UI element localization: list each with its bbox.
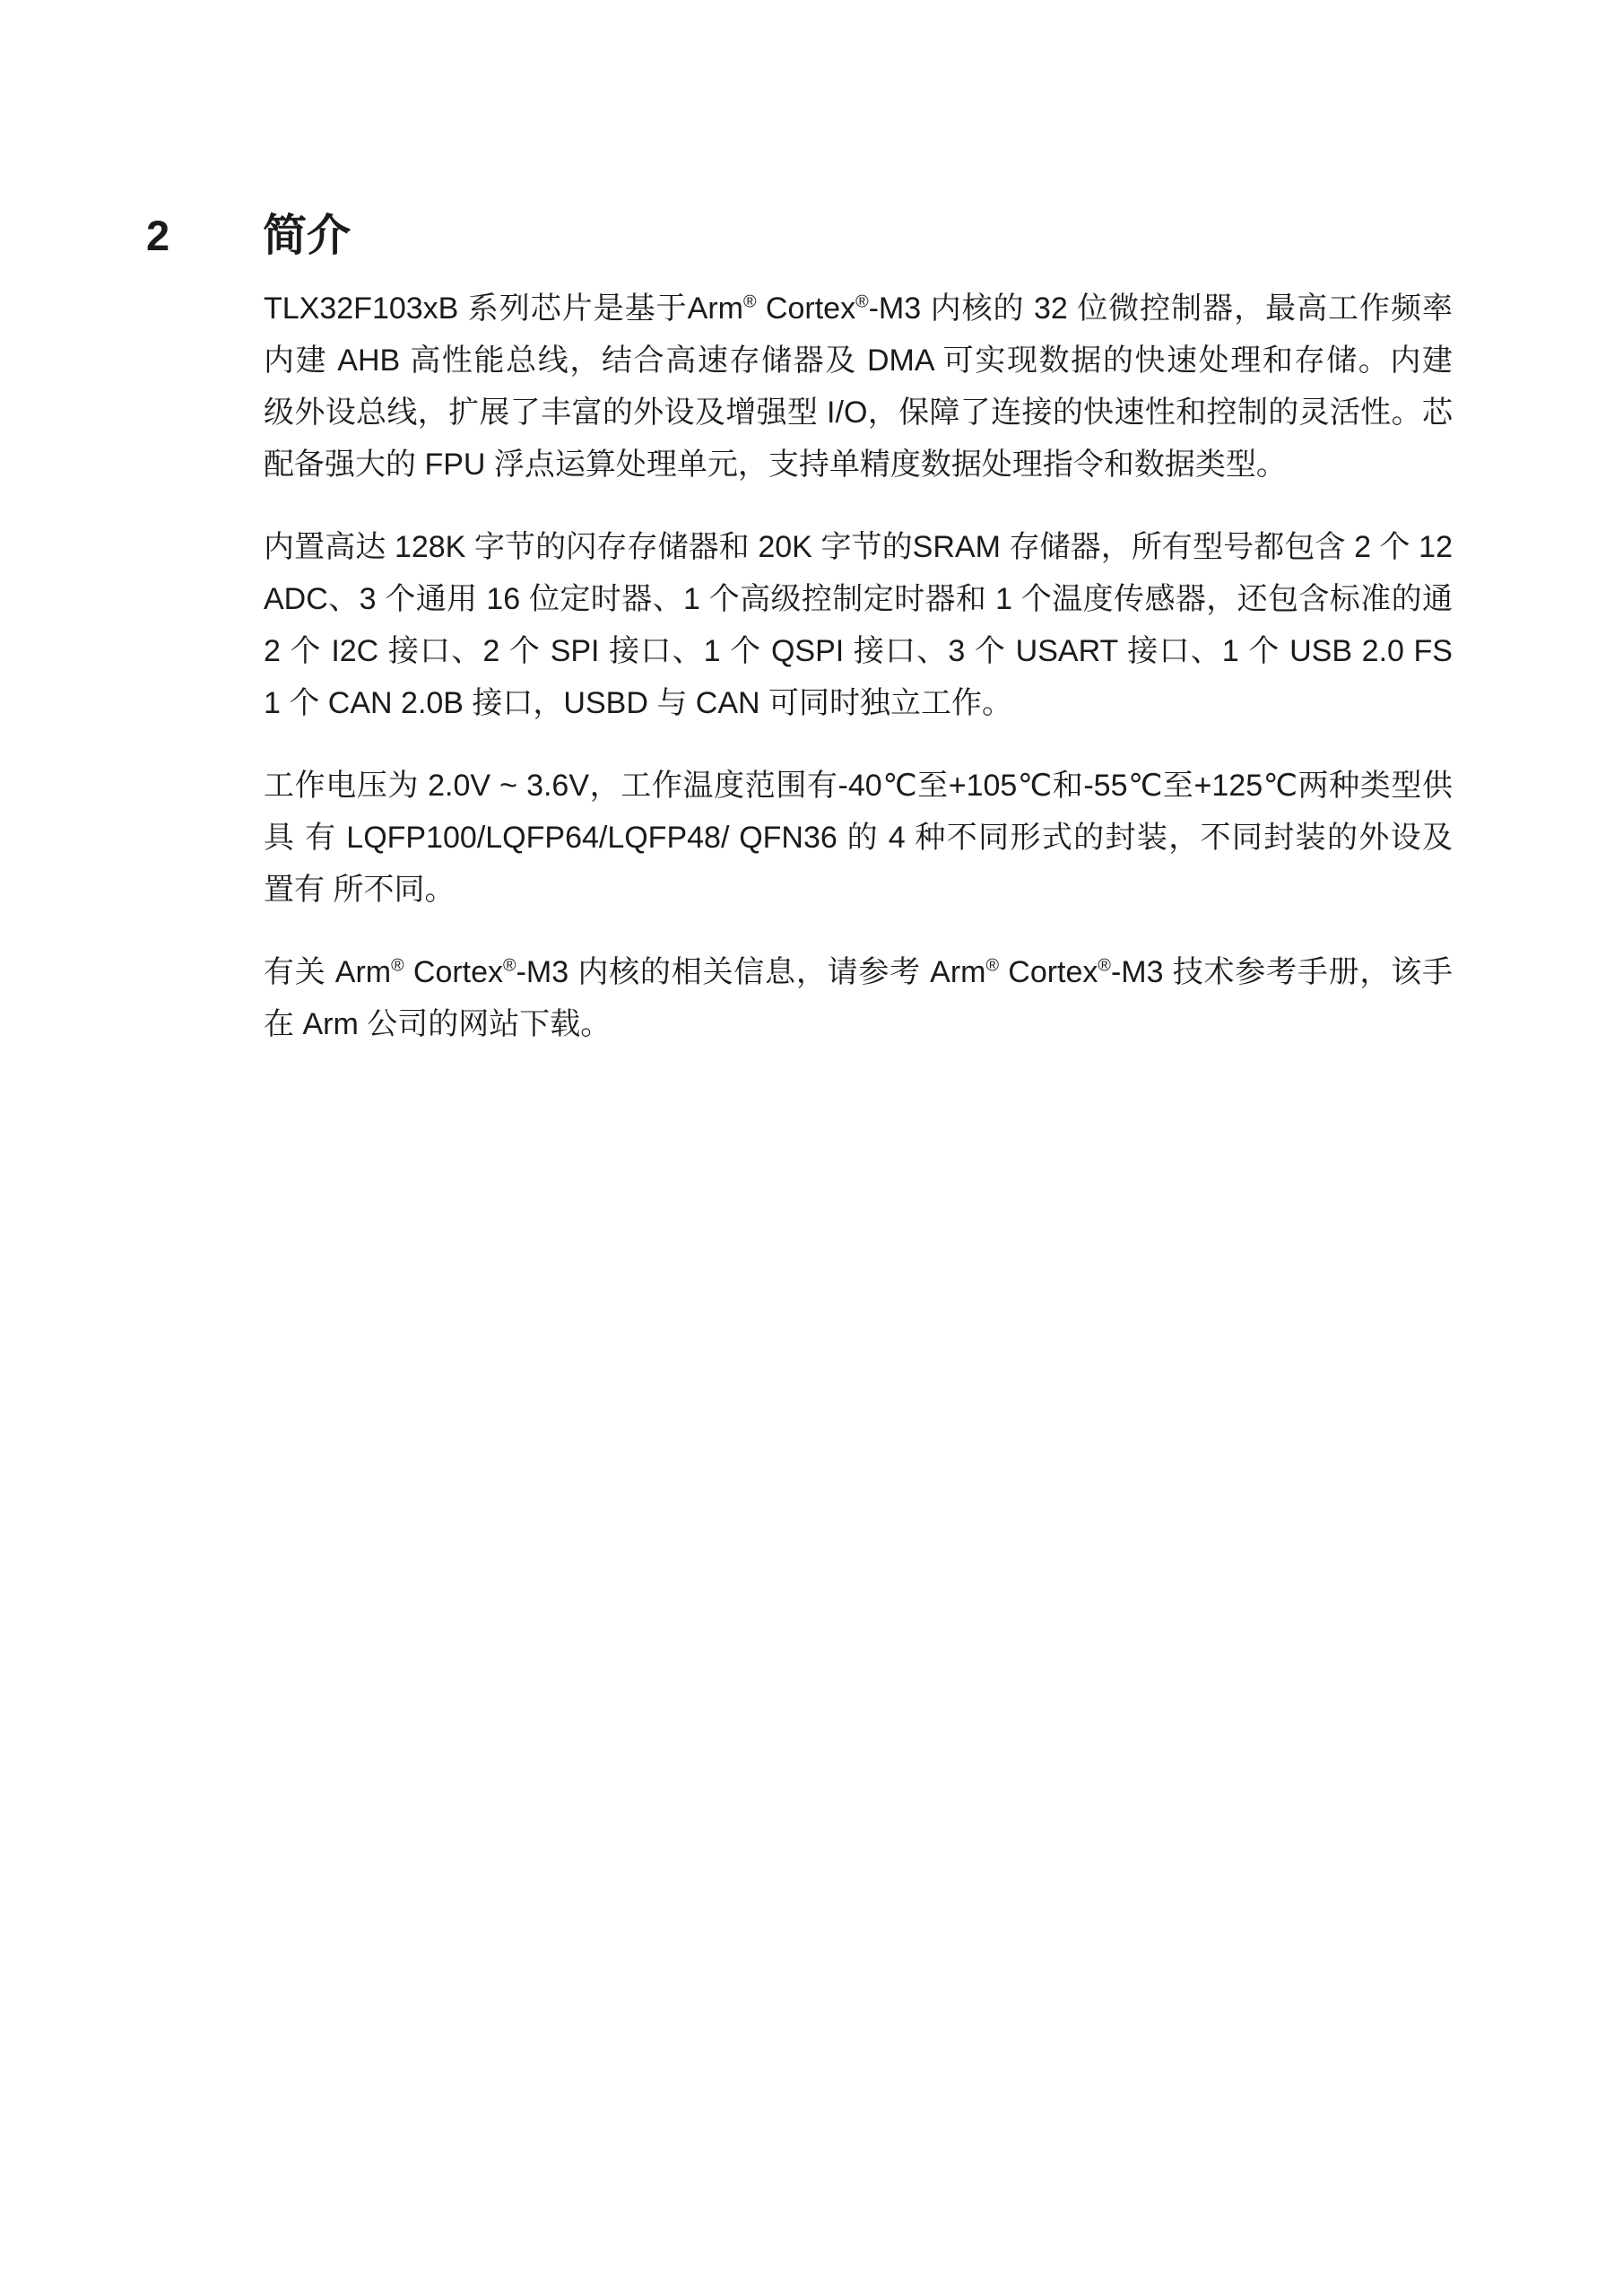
text-line: 在 Arm 公司的网站下载。 — [264, 998, 1453, 1050]
paragraph: 工作电压为 2.0V ~ 3.6V，工作温度范围有-40℃至+105℃和-55℃… — [264, 760, 1453, 916]
text-line: 内建 AHB 高性能总线，结合高速存储器及 DMA 可实现数据的快速处理和存储。… — [264, 335, 1453, 387]
text-line: TLX32F103xB 系列芯片是基于Arm® Cortex®-M3 内核的 3… — [264, 283, 1453, 335]
text-line: 具 有 LQFP100/LQFP64/LQFP48/ QFN36 的 4 种不同… — [264, 812, 1453, 864]
text-line: 2 个 I2C 接口、2 个 SPI 接口、1 个 QSPI 接口、3 个 US… — [264, 625, 1453, 677]
paragraph: 有关 Arm® Cortex®-M3 内核的相关信息，请参考 Arm® Cort… — [264, 946, 1453, 1050]
section-heading: 2 简介 — [146, 201, 351, 264]
text-line: 有关 Arm® Cortex®-M3 内核的相关信息，请参考 Arm® Cort… — [264, 946, 1453, 998]
text-line: 置有 所不同。 — [264, 864, 1453, 916]
text-line: 工作电压为 2.0V ~ 3.6V，工作温度范围有-40℃至+105℃和-55℃… — [264, 760, 1453, 812]
text-line: 内置高达 128K 字节的闪存存储器和 20K 字节的SRAM 存储器，所有型号… — [264, 521, 1453, 573]
document-page: 2 简介 TLX32F103xB 系列芯片是基于Arm® Cortex®-M3 … — [0, 0, 1623, 2296]
paragraph: TLX32F103xB 系列芯片是基于Arm® Cortex®-M3 内核的 3… — [264, 283, 1453, 491]
text-line: ADC、3 个通用 16 位定时器、1 个高级控制定时器和 1 个温度传感器，还… — [264, 573, 1453, 625]
text-line: 级外设总线，扩展了丰富的外设及增强型 I/O，保障了连接的快速性和控制的灵活性。… — [264, 387, 1453, 439]
section-number: 2 — [146, 211, 169, 260]
paragraph: 内置高达 128K 字节的闪存存储器和 20K 字节的SRAM 存储器，所有型号… — [264, 521, 1453, 729]
registered-mark: ® — [1098, 956, 1111, 976]
registered-mark: ® — [391, 956, 404, 976]
document-body: TLX32F103xB 系列芯片是基于Arm® Cortex®-M3 内核的 3… — [264, 283, 1453, 1081]
registered-mark: ® — [743, 292, 757, 312]
text-line: 1 个 CAN 2.0B 接口，USBD 与 CAN 可同时独立工作。 — [264, 677, 1453, 729]
registered-mark: ® — [503, 956, 516, 976]
registered-mark: ® — [855, 292, 869, 312]
section-title: 简介 — [263, 201, 351, 264]
registered-mark: ® — [986, 956, 1000, 976]
text-line: 配备强大的 FPU 浮点运算处理单元，支持单精度数据处理指令和数据类型。 — [264, 439, 1453, 491]
